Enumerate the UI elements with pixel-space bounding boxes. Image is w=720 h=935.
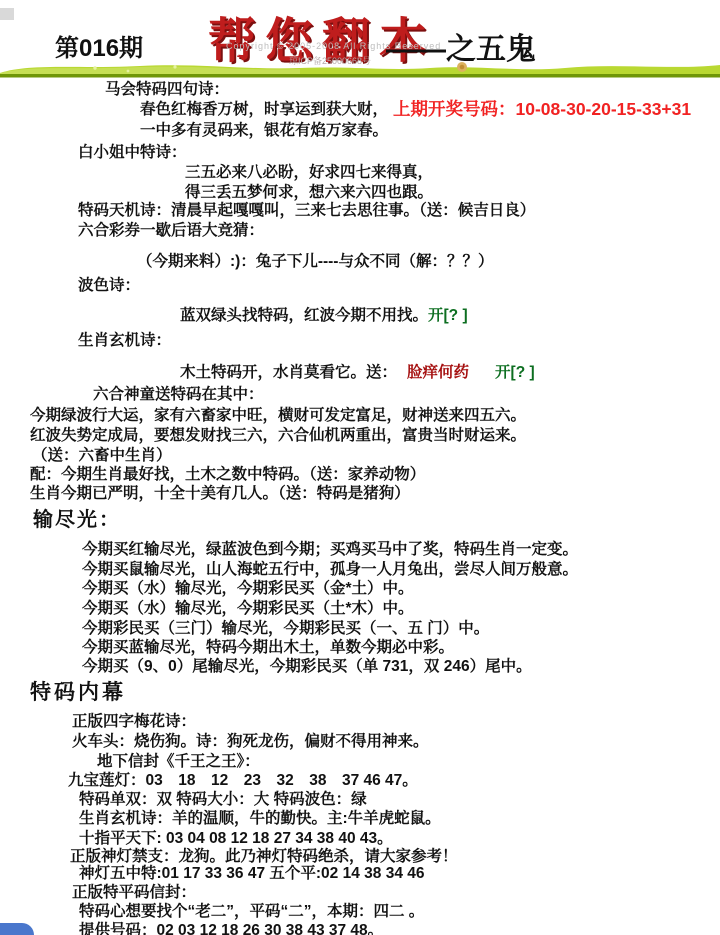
wave-color-line: 蓝双绿头找特码，红波今期不用找。开[? ] (180, 306, 468, 325)
shujinguang-line: 今期买（水）输尽光，今期彩民买（土*木）中。 (82, 599, 414, 618)
shujinguang-line: 今期买（水）输尽光，今期彩民买（金*土）中。 (82, 579, 414, 598)
shujinguang-line: 今期买（9、0）尾输尽光，今期彩民买（单 731，双 246）尾中。 (82, 657, 532, 676)
plum-poem-line: 火车头：烧伤狗。诗：狗死龙伤，偏财不得用神来。 (72, 732, 429, 751)
gift-phrase-red: 脸痒何药 (407, 364, 469, 381)
quiz-line: （今期来料）:)：兔子下儿----与众不同（解：？？） (137, 252, 493, 271)
shujinguang-line: 今期买鼠输尽光，山人海蛇五行中，孤身一人月兔出，尝尽人间万般意。 (82, 560, 578, 579)
prodigy-line: （送：六畜中生肖） (32, 446, 172, 465)
flat-code-heading: 正版特平码信封： (72, 883, 196, 902)
wave-color-text: 蓝双绿头找特码，红波今期不用找。 (180, 307, 428, 324)
shujinguang-line: 今期买蓝输尽光，特码今期出木土，单数今期必中彩。 (82, 638, 454, 657)
provided-numbers-line: 提供号码：02 03 12 18 26 30 38 43 37 48。 (79, 921, 383, 935)
prodigy-line: 红波失势定成局，要想发财找三六，六合仙机两重出，富贵当时财运来。 (30, 426, 526, 445)
prodigy-heading: 六合神童送特码在其中： (93, 385, 264, 404)
quiz-heading: 六合彩券一歇后语大竞猜： (78, 221, 264, 240)
shujinguang-heading: 输尽光： (33, 508, 121, 532)
zodiac-poem-heading: 生肖玄机诗： (78, 331, 171, 350)
prodigy-line: 配：今期生肖最好找，土木之数中特码。（送：家养动物） (30, 465, 425, 484)
open-hint-green: 开[? ] (428, 307, 468, 324)
lotus-numbers-line: 九宝莲灯：03 18 12 23 32 38 37 46 47。 (68, 771, 418, 790)
corner-decoration (0, 923, 34, 935)
shujinguang-line: 今期买红输尽光，绿蓝波色到今期；买鸡买马中了奖，特码生肖一定变。 (82, 540, 578, 559)
grass-banner (0, 56, 720, 79)
last-draw-numbers: 上期开奖号码：10-08-30-20-15-33+31 (393, 96, 691, 121)
copyright-text: Copyright © 2005-2008 All Rights Reserve… (226, 41, 441, 51)
snail-icon (457, 62, 467, 72)
zodiac-poem-line: 木土特码开，水肖莫看它。送：脸痒何药开[? ] (180, 363, 535, 382)
ten-fingers-line: 十指平天下: 03 04 08 12 18 27 34 38 40 43。 (79, 829, 393, 848)
prodigy-line: 生肖今期已严明，十全十美有几人。（送：特码是猪狗） (30, 484, 410, 503)
attributes-line: 特码单双：双 特码大小：大 特码波色：绿 (79, 790, 367, 809)
horse-poem-line: 春色红梅香万树，时享运到获大财， (140, 100, 388, 119)
zodiac-mystery-line: 生肖玄机诗：羊的温顺，牛的勤快。主:牛羊虎蛇鼠。 (79, 809, 441, 828)
tip-sheet-page: 第016期 帮您翻本 ——之五鬼 Copyright © 2005-2008 A… (0, 0, 720, 935)
corner-artifact (0, 8, 14, 20)
lady-poem-line: 三五必来八必盼，好求四七来得真， (185, 163, 433, 182)
shujinguang-line: 今期彩民买（三门）输尽光，今期彩民买（一、五 门）中。 (82, 619, 489, 638)
neimu-heading: 特码内幕 (30, 680, 126, 705)
lamp-five-line: 神灯五中特:01 17 33 36 47 五个平:02 14 38 34 46 (79, 864, 425, 883)
lady-poem-line: 得三丢五梦何求，想六来六四也跟。 (185, 183, 433, 202)
horse-poem-line: 一中多有灵码来，银花有焰万家春。 (140, 121, 388, 140)
prodigy-line: 今期绿波行大运，家有六畜家中旺，横财可发定富足，财神送来四五六。 (30, 406, 526, 425)
flat-code-line: 特码心想要找个“老二”，平码“二”，本期：四二 。 (79, 902, 424, 921)
plum-poem-heading: 正版四字梅花诗： (72, 712, 196, 731)
lady-poem-heading: 白小姐中特诗： (78, 143, 187, 162)
wave-color-heading: 波色诗： (78, 276, 140, 295)
zodiac-poem-text: 木土特码开，水肖莫看它。送： (180, 364, 397, 381)
envelope-heading: 地下信封《千王之王》： (97, 752, 260, 771)
open-hint-green: 开[? ] (495, 364, 535, 381)
tianji-poem-line: 特码天机诗：清晨早起嘎嘎叫，三来七去思往事。（送：候吉日良） (78, 201, 535, 220)
horse-poem-heading: 马会特码四句诗： (105, 80, 229, 99)
